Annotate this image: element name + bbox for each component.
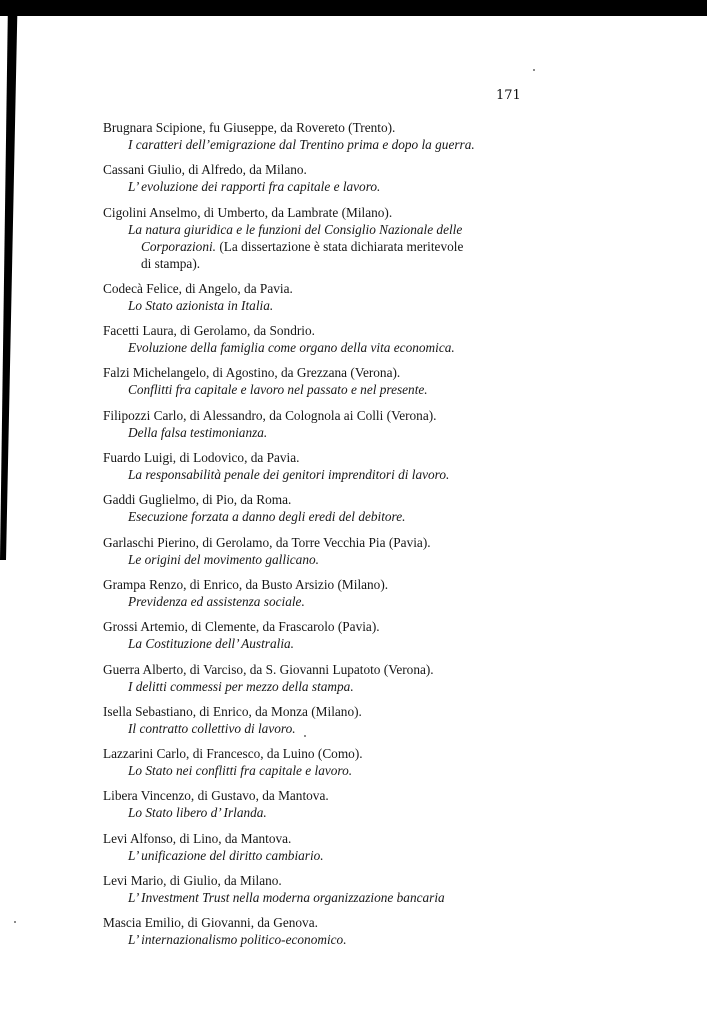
entry-title: L’ internazionalismo politico-economico. [103, 931, 543, 948]
entry-author: Codecà Felice, di Angelo, da Pavia. [103, 280, 543, 297]
entry-title-cont-text: Corporazioni. [141, 239, 216, 254]
entry-title: L’ unificazione del diritto cambiario. [103, 847, 543, 864]
list-item: Garlaschi Pierino, di Gerolamo, da Torre… [103, 534, 543, 568]
entry-author: Levi Mario, di Giulio, da Milano. [103, 872, 543, 889]
entry-author: Gaddi Guglielmo, di Pio, da Roma. [103, 491, 543, 508]
page-number: 171 [496, 88, 521, 103]
list-item: Grampa Renzo, di Enrico, da Busto Arsizi… [103, 576, 543, 610]
list-item: Codecà Felice, di Angelo, da Pavia. Lo S… [103, 280, 543, 314]
list-item: Levi Mario, di Giulio, da Milano. L’ Inv… [103, 872, 543, 906]
entry-note-continued: di stampa). [128, 255, 543, 272]
scan-speck [14, 921, 16, 923]
scan-left-border [0, 0, 20, 560]
list-item: Libera Vincenzo, di Gustavo, da Mantova.… [103, 787, 543, 821]
list-item: Gaddi Guglielmo, di Pio, da Roma. Esecuz… [103, 491, 543, 525]
list-item: Brugnara Scipione, fu Giuseppe, da Rover… [103, 119, 543, 153]
entry-title: I caratteri dell’emigrazione dal Trentin… [103, 136, 543, 153]
entry-author: Grossi Artemio, di Clemente, da Frascaro… [103, 618, 543, 635]
entry-author: Fuardo Luigi, di Lodovico, da Pavia. [103, 449, 543, 466]
scan-speck [533, 69, 535, 71]
entry-author: Falzi Michelangelo, di Agostino, da Grez… [103, 364, 543, 381]
entry-author: Libera Vincenzo, di Gustavo, da Mantova. [103, 787, 543, 804]
list-item: Isella Sebastiano, di Enrico, da Monza (… [103, 703, 543, 737]
entry-author: Garlaschi Pierino, di Gerolamo, da Torre… [103, 534, 543, 551]
entry-title: L’ Investment Trust nella moderna organi… [103, 889, 543, 906]
entry-title: Le origini del movimento gallicano. [103, 551, 543, 568]
list-item: Cassani Giulio, di Alfredo, da Milano. L… [103, 161, 543, 195]
dissertation-list: Brugnara Scipione, fu Giuseppe, da Rover… [103, 119, 543, 957]
entry-title-continued: Corporazioni. (La dissertazione è stata … [128, 238, 543, 255]
scan-speck [304, 735, 306, 737]
entry-title-line1: La natura giuridica e le funzioni del Co… [128, 222, 462, 237]
list-item: Filipozzi Carlo, di Alessandro, da Colog… [103, 407, 543, 441]
scan-top-border [0, 0, 707, 16]
entry-title: Della falsa testimonianza. [103, 424, 543, 441]
entry-author: Brugnara Scipione, fu Giuseppe, da Rover… [103, 119, 543, 136]
entry-title: La natura giuridica e le funzioni del Co… [103, 221, 543, 272]
entry-title: Conflitti fra capitale e lavoro nel pass… [103, 381, 543, 398]
list-item: Levi Alfonso, di Lino, da Mantova. L’ un… [103, 830, 543, 864]
entry-title: Lo Stato libero d’ Irlanda. [103, 804, 543, 821]
list-item: Grossi Artemio, di Clemente, da Frascaro… [103, 618, 543, 652]
entry-author: Cigolini Anselmo, di Umberto, da Lambrat… [103, 204, 543, 221]
entry-author: Guerra Alberto, di Varciso, da S. Giovan… [103, 661, 543, 678]
entry-title: Evoluzione della famiglia come organo de… [103, 339, 543, 356]
list-item: Falzi Michelangelo, di Agostino, da Grez… [103, 364, 543, 398]
list-item: Guerra Alberto, di Varciso, da S. Giovan… [103, 661, 543, 695]
entry-author: Facetti Laura, di Gerolamo, da Sondrio. [103, 322, 543, 339]
entry-title: La responsabilità penale dei genitori im… [103, 466, 543, 483]
list-item: Mascia Emilio, di Giovanni, da Genova. L… [103, 914, 543, 948]
list-item: Fuardo Luigi, di Lodovico, da Pavia. La … [103, 449, 543, 483]
entry-author: Grampa Renzo, di Enrico, da Busto Arsizi… [103, 576, 543, 593]
list-item: Lazzarini Carlo, di Francesco, da Luino … [103, 745, 543, 779]
entry-title: Il contratto collettivo di lavoro. [103, 720, 543, 737]
entry-author: Levi Alfonso, di Lino, da Mantova. [103, 830, 543, 847]
entry-title: L’ evoluzione dei rapporti fra capitale … [103, 178, 543, 195]
list-item: Facetti Laura, di Gerolamo, da Sondrio. … [103, 322, 543, 356]
entry-author: Cassani Giulio, di Alfredo, da Milano. [103, 161, 543, 178]
entry-title: Lo Stato azionista in Italia. [103, 297, 543, 314]
entry-note: (La dissertazione è stata dichiarata mer… [216, 239, 463, 254]
entry-author: Isella Sebastiano, di Enrico, da Monza (… [103, 703, 543, 720]
entry-author: Mascia Emilio, di Giovanni, da Genova. [103, 914, 543, 931]
entry-title: Esecuzione forzata a danno degli eredi d… [103, 508, 543, 525]
entry-author: Lazzarini Carlo, di Francesco, da Luino … [103, 745, 543, 762]
list-item: Cigolini Anselmo, di Umberto, da Lambrat… [103, 204, 543, 272]
entry-title: I delitti commessi per mezzo della stamp… [103, 678, 543, 695]
entry-title: La Costituzione dell’ Australia. [103, 635, 543, 652]
entry-author: Filipozzi Carlo, di Alessandro, da Colog… [103, 407, 543, 424]
entry-title: Previdenza ed assistenza sociale. [103, 593, 543, 610]
entry-title: Lo Stato nei conflitti fra capitale e la… [103, 762, 543, 779]
